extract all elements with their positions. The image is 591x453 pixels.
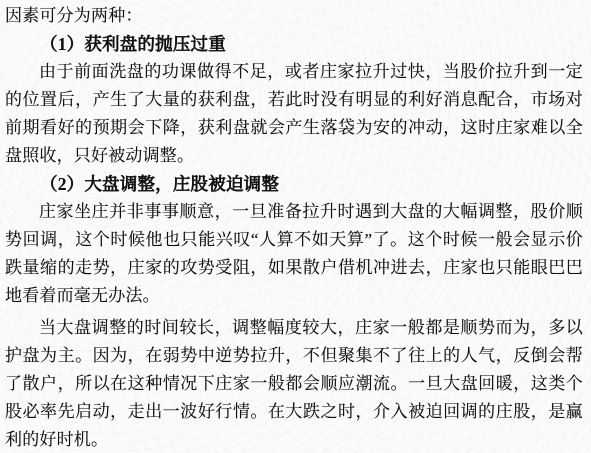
intro-continuation-line: 因素可分为两种： xyxy=(5,2,583,30)
section-heading-2: （2）大盘调整，庄股被迫调整 xyxy=(5,170,583,198)
section2-paragraph-2: 当大盘调整的时间较长，调整幅度较大，庄家一般都是顺势而为，多以护盘为主。因为，在… xyxy=(5,314,583,453)
scanned-book-page: 因素可分为两种： （1）获利盘的抛压过重 由于前面洗盘的功课做得不足，或者庄家拉… xyxy=(0,0,591,453)
section2-paragraph-1: 庄家坐庄并非事事顺意，一旦准备拉升时遇到大盘的大幅调整，股价顺势回调，这个时候他… xyxy=(5,198,583,310)
section1-paragraph: 由于前面洗盘的功课做得不足，或者庄家拉升过快，当股价拉升到一定的位置后，产生了大… xyxy=(5,58,583,170)
section-heading-1: （1）获利盘的抛压过重 xyxy=(5,30,583,58)
